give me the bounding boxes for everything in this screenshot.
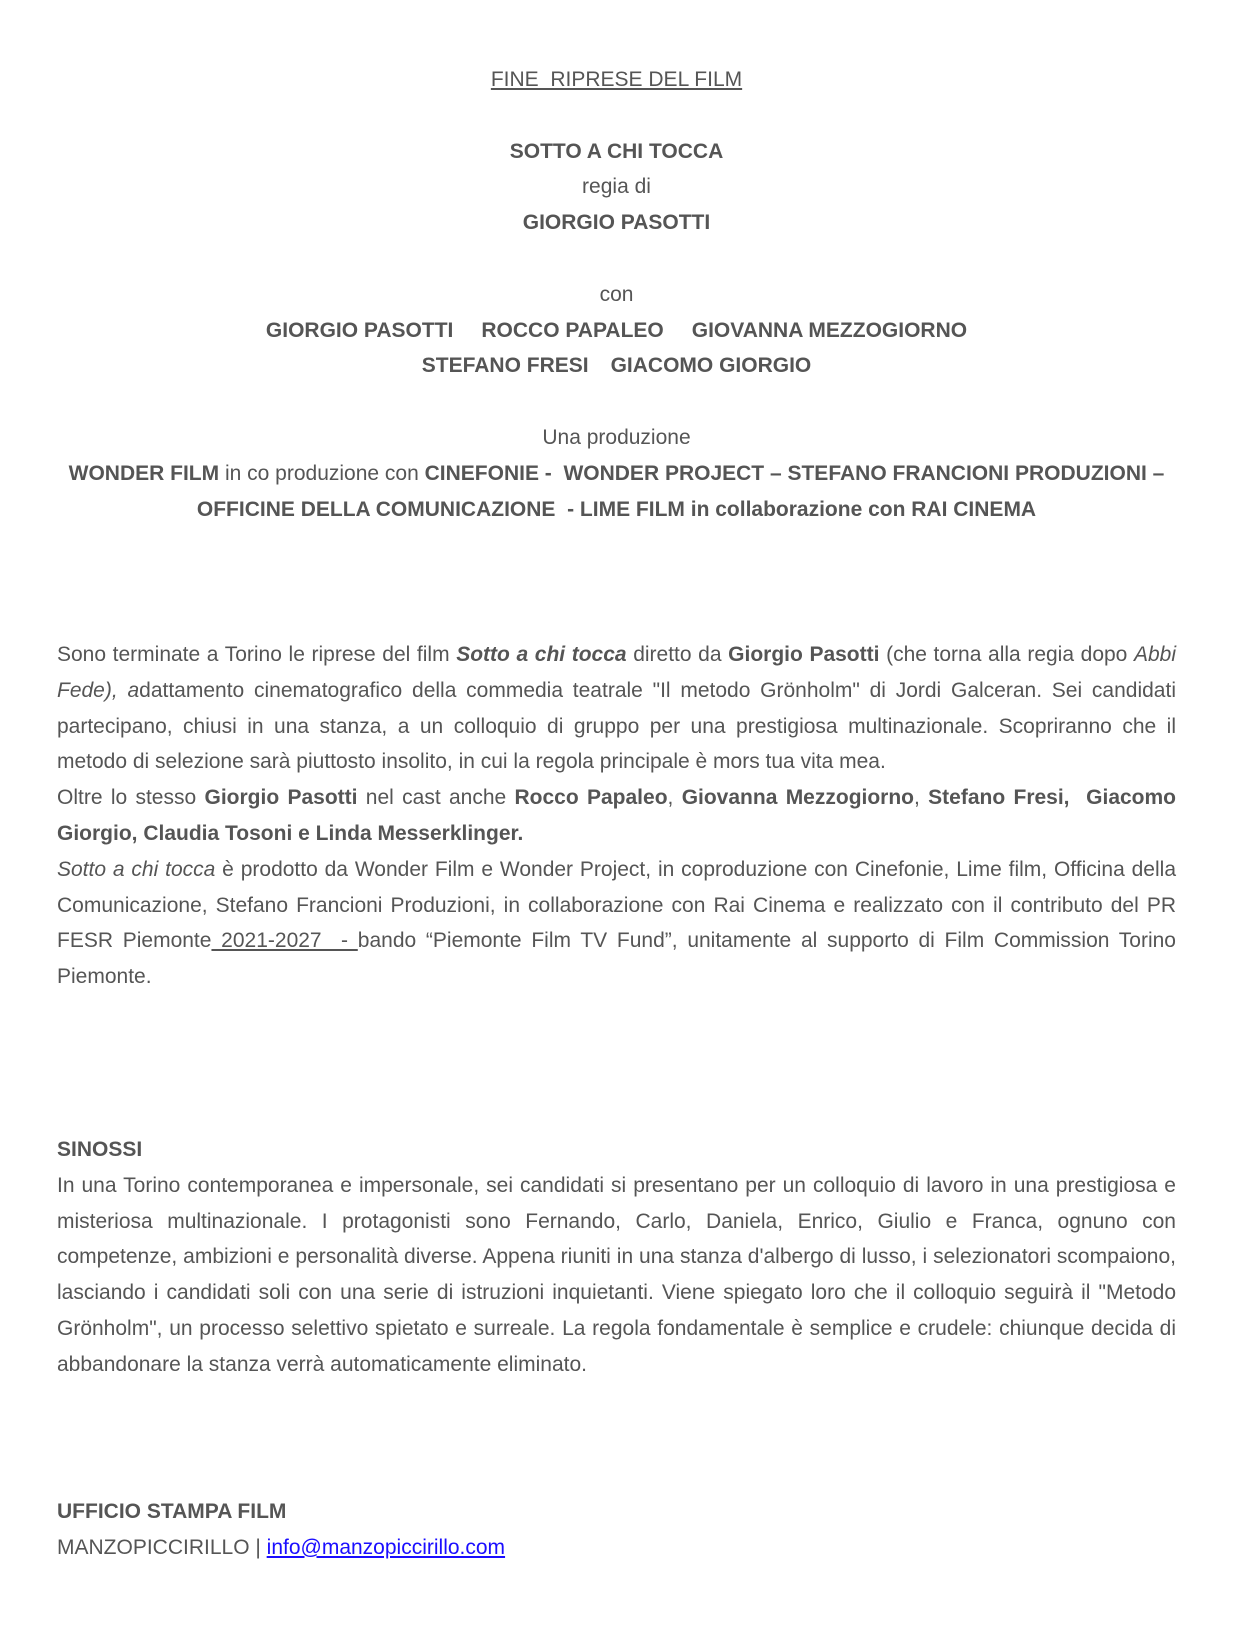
production-company: WONDER FILM [69, 462, 219, 485]
cast-member: GIORGIO PASOTTI [266, 319, 453, 342]
production-credits: WONDER FILM in co produzione con CINEFON… [57, 456, 1176, 528]
production-label: Una produzione [57, 420, 1176, 456]
body-text: Sono terminate a Torino le riprese del f… [57, 637, 1176, 995]
text: , [668, 786, 682, 809]
text: diretto da [627, 643, 729, 666]
cast-inline: Rocco Papaleo [515, 786, 668, 809]
text: Oltre lo stesso [57, 786, 204, 809]
director-inline: Giorgio Pasotti [728, 643, 879, 666]
cast-row-1: GIORGIO PASOTTIROCCO PAPALEOGIOVANNA MEZ… [57, 313, 1176, 349]
cast-member: GIACOMO GIORGIO [611, 354, 812, 377]
text: , [914, 786, 928, 809]
press-email-link[interactable]: info@manzopiccirillo.com [267, 1536, 505, 1559]
press-office-section: UFFICIO STAMPA FILM MANZOPICCIRILLO | in… [57, 1494, 1176, 1566]
synopsis-section: SINOSSI In una Torino contemporanea e im… [57, 1132, 1176, 1383]
cast-member: STEFANO FRESI [422, 354, 589, 377]
paragraph-intro: Sono terminate a Torino le riprese del f… [57, 637, 1176, 780]
cast-row-2: STEFANO FRESIGIACOMO GIORGIO [57, 348, 1176, 384]
text: Sono terminate a Torino le riprese del f… [57, 643, 456, 666]
director-name: GIORGIO PASOTTI [57, 205, 1176, 241]
cast-label: con [57, 277, 1176, 313]
direction-label: regia di [57, 169, 1176, 205]
paragraph-production: Sotto a chi tocca è prodotto da Wonder F… [57, 852, 1176, 995]
text: nel cast anche [357, 786, 514, 809]
document-title: FINE RIPRESE DEL FILM [57, 62, 1176, 98]
text: (che torna alla regia dopo [879, 643, 1134, 666]
text: dattamento cinematografico della commedi… [57, 679, 1176, 774]
press-agency: MANZOPICCIRILLO | [57, 1536, 267, 1559]
header-block: FINE RIPRESE DEL FILM SOTTO A CHI TOCCA … [57, 62, 1176, 527]
press-office-heading: UFFICIO STAMPA FILM [57, 1494, 1176, 1530]
synopsis-text: In una Torino contemporanea e impersonal… [57, 1168, 1176, 1383]
paragraph-cast: Oltre lo stesso Giorgio Pasotti nel cast… [57, 780, 1176, 852]
press-release-page: FINE RIPRESE DEL FILM SOTTO A CHI TOCCA … [0, 0, 1234, 1630]
cast-member: ROCCO PAPALEO [481, 319, 663, 342]
film-title-inline: Sotto a chi tocca [456, 643, 626, 666]
production-connector: in co produzione con [219, 462, 424, 485]
cast-member: GIOVANNA MEZZOGIORNO [692, 319, 967, 342]
cast-inline: Giovanna Mezzogiorno [682, 786, 914, 809]
synopsis-heading: SINOSSI [57, 1132, 1176, 1168]
film-title-inline: Sotto a chi tocca [57, 858, 215, 881]
film-title: SOTTO A CHI TOCCA [57, 134, 1176, 170]
fund-period: 2021-2027 - [211, 929, 357, 952]
press-contact: MANZOPICCIRILLO | info@manzopiccirillo.c… [57, 1530, 1176, 1566]
cast-inline: Giorgio Pasotti [204, 786, 357, 809]
